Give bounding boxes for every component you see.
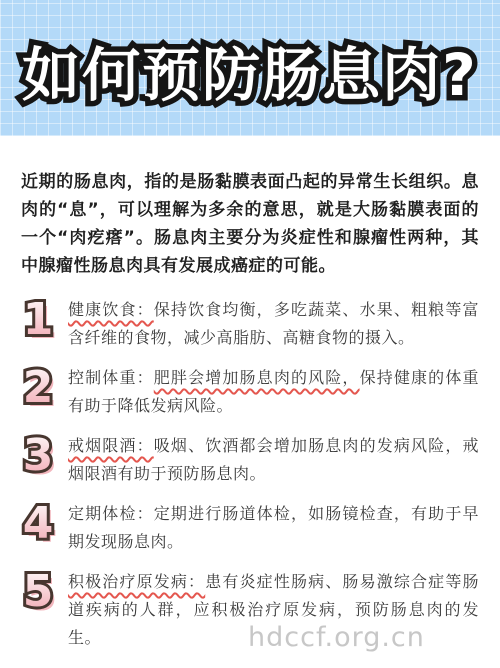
item-1-text: 健康饮食：保持饮食均衡，多吃蔬菜、水果、粗粮等富含纤维的食物，减少高脂肪、高糖食… [68,295,479,352]
item-4-text: 定期体检：定期进行肠道体检，如肠镜检查，有助于早期发现肠息肉。 [68,499,479,556]
item-5-number-fill: 5 [21,567,55,617]
item-2-number-fill: 2 [21,363,55,413]
item-2-text: 控制体重：肥胖会增加肠息肉的风险，保持健康的体重有助于降低发病风险。 [68,363,479,420]
infographic-page: 如何预防肠息肉? 如何预防肠息肉? 近期的肠息肉，指的是肠黏膜表面凸起的异常生长… [0,0,500,668]
item-1-number: 1 1 [21,295,55,347]
watermark-text: hdccf.org.cn [248,622,425,653]
item-3-number-fill: 3 [21,431,55,481]
item-2-highlight: 肥胖会增加肠息肉的风险， [154,368,360,387]
item-4-number: 4 4 [21,499,55,551]
item-3-heading: 戒烟限酒： [68,436,154,455]
header-banner: 如何预防肠息肉? 如何预防肠息肉? [0,0,500,136]
list-item-2: 2 2 控制体重：肥胖会增加肠息肉的风险，保持健康的体重有助于降低发病风险。 [21,363,479,420]
page-title: 如何预防肠息肉? 如何预防肠息肉? [22,46,478,104]
item-2-heading: 控制体重： [68,368,154,387]
content-area: 近期的肠息肉，指的是肠黏膜表面凸起的异常生长组织。息肉的“息”，可以理解为多余的… [0,136,500,652]
page-title-text: 如何预防肠息肉? [22,41,478,109]
item-3-text: 戒烟限酒：吸烟、饮酒都会增加肠息肉的发病风险，戒烟限酒有助于预防肠息肉。 [68,431,479,488]
item-1-heading: 健康饮食： [68,300,154,319]
list-item-1: 1 1 健康饮食：保持饮食均衡，多吃蔬菜、水果、粗粮等富含纤维的食物，减少高脂肪… [21,295,479,352]
intro-paragraph: 近期的肠息肉，指的是肠黏膜表面凸起的异常生长组织。息肉的“息”，可以理解为多余的… [21,168,479,280]
item-1-number-fill: 1 [21,295,55,345]
item-5-heading: 积极治疗原发病： [68,572,205,591]
list-item-4: 4 4 定期体检：定期进行肠道体检，如肠镜检查，有助于早期发现肠息肉。 [21,499,479,556]
item-2-number: 2 2 [21,363,55,415]
list-item-3: 3 3 戒烟限酒：吸烟、饮酒都会增加肠息肉的发病风险，戒烟限酒有助于预防肠息肉。 [21,431,479,488]
item-3-number: 3 3 [21,431,55,483]
item-4-heading: 定期体检： [68,504,154,523]
item-5-number: 5 5 [21,567,55,619]
item-4-number-fill: 4 [21,499,55,549]
